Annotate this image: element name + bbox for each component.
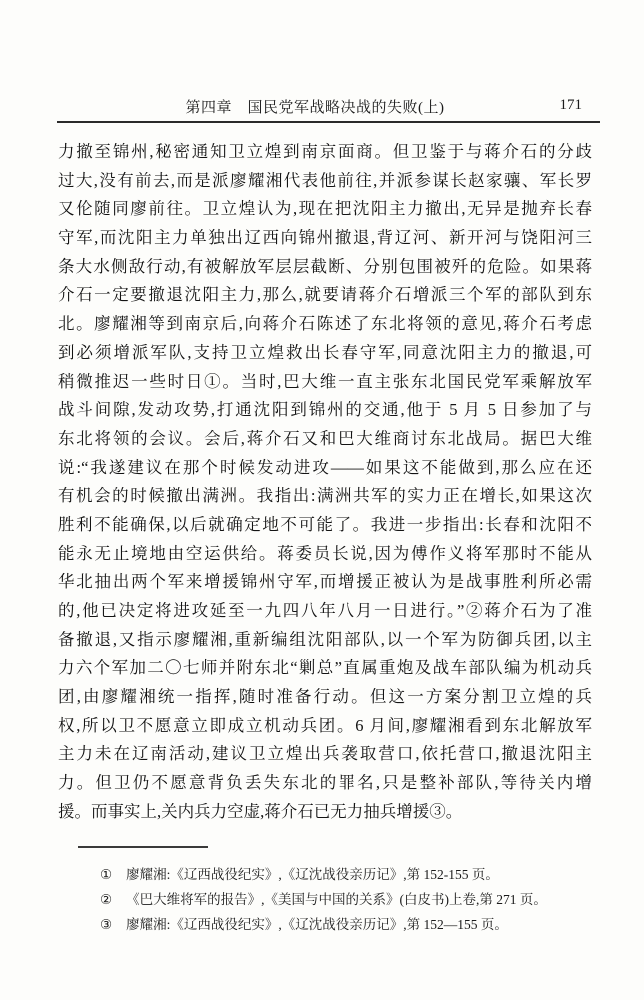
footnote-marker: ①: [100, 862, 112, 887]
body-line: 稍微推迟一些时日①。当时,巴大维一直主张东北国民党军乘解放军: [58, 368, 592, 397]
footnote: ①廖耀湘:《辽西战役纪实》,《辽沈战役亲历记》,第 152-155 页。: [100, 862, 600, 887]
body-line: 到必须增派军队,支持卫立煌救出长春守军,同意沈阳主力的撤退,可: [58, 339, 592, 368]
body-line: 力撤至锦州,秘密通知卫立煌到南京面商。但卫鉴于与蒋介石的分歧: [58, 138, 592, 167]
body-line: 过大,没有前去,而是派廖耀湘代表他前往,并派参谋长赵家骧、军长罗: [58, 167, 592, 196]
body-line: 华北抽出两个军来增援锦州守军,而增援正被认为是战事胜利所必需: [58, 568, 592, 597]
body-line: 胜利不能确保,以后就确定地不可能了。我进一步指出:长春和沈阳不: [58, 511, 592, 540]
body-line: 备撤退,又指示廖耀湘,重新编组沈阳部队,以一个军为防御兵团,以主: [58, 626, 592, 655]
page-number: 171: [560, 97, 583, 114]
footnote-text: 廖耀湘:《辽西战役纪实》,《辽沈战役亲历记》,第 152—155 页。: [126, 917, 508, 932]
body-line: 北。廖耀湘等到南京后,向蒋介石陈述了东北将领的意见,蒋介石考虑: [58, 310, 592, 339]
body-line: 团,由廖耀湘统一指挥,随时准备行动。但这一方案分割卫立煌的兵: [58, 683, 592, 712]
footnotes: ①廖耀湘:《辽西战役纪实》,《辽沈战役亲历记》,第 152-155 页。 ②《巴…: [100, 862, 600, 937]
body-line: 的,他已决定将进攻延至一九四八年八月一日进行。”②蒋介石为了准: [58, 597, 592, 626]
body-line: 条大水侧敌行动,有被解放军层层截断、分别包围被歼的危险。如果蒋: [58, 253, 592, 282]
body-text: 力撤至锦州,秘密通知卫立煌到南京面商。但卫鉴于与蒋介石的分歧 过大,没有前去,而…: [58, 138, 592, 827]
footnote-marker: ②: [100, 887, 112, 912]
footnote-rule: [78, 846, 208, 848]
body-line: 力。但卫仍不愿意背负丢失东北的罪名,只是整补部队,等待关内增: [58, 769, 592, 798]
body-line: 有机会的时候撤出满洲。我指出:满洲共军的实力正在增长,如果这次: [58, 482, 592, 511]
body-line: 又伦随同廖前往。卫立煌认为,现在把沈阳主力撤出,无异是抛弃长春: [58, 195, 592, 224]
chapter-title: 第四章 国民党军战略决战的失败(上): [58, 96, 572, 117]
body-line: 能永无止境地由空运供给。蒋委员长说,因为傅作义将军那时不能从: [58, 540, 592, 569]
footnote: ②《巴大维将军的报告》,《美国与中国的关系》(白皮书)上卷,第 271 页。: [100, 887, 600, 912]
footnote: ③廖耀湘:《辽西战役纪实》,《辽沈战役亲历记》,第 152—155 页。: [100, 912, 600, 937]
body-line: 战斗间隙,发动攻势,打通沈阳到锦州的交通,他于 5 月 5 日参加了与: [58, 396, 592, 425]
body-line: 权,所以卫不愿意立即成立机动兵团。6 月间,廖耀湘看到东北解放军: [58, 712, 592, 741]
body-line: 主力未在辽南活动,建议卫立煌出兵袭取营口,依托营口,撤退沈阳主: [58, 740, 592, 769]
body-line: 守军,而沈阳主力单独出辽西向锦州撤退,背辽河、新开河与饶阳河三: [58, 224, 592, 253]
body-line: 介石一定要撤退沈阳主力,那么,就要请蒋介石增派三个军的部队到东: [58, 281, 592, 310]
book-page: 第四章 国民党军战略决战的失败(上) 171 力撤至锦州,秘密通知卫立煌到南京面…: [0, 0, 644, 1000]
body-line: 力六个军加二〇七师并附东北“剿总”直属重炮及战车部队编为机动兵: [58, 654, 592, 683]
body-line: 援。而事实上,关内兵力空虚,蒋介石已无力抽兵增援③。: [58, 798, 592, 827]
footnote-text: 廖耀湘:《辽西战役纪实》,《辽沈战役亲历记》,第 152-155 页。: [126, 867, 499, 882]
footnote-text: 《巴大维将军的报告》,《美国与中国的关系》(白皮书)上卷,第 271 页。: [126, 892, 547, 907]
footnote-marker: ③: [100, 912, 112, 937]
header-rule: [57, 121, 600, 123]
body-line: 东北将领的会议。会后,蒋介石又和巴大维商讨东北战局。据巴大维: [58, 425, 592, 454]
body-line: 说:“我遂建议在那个时候发动进攻——如果这不能做到,那么应在还: [58, 454, 592, 483]
